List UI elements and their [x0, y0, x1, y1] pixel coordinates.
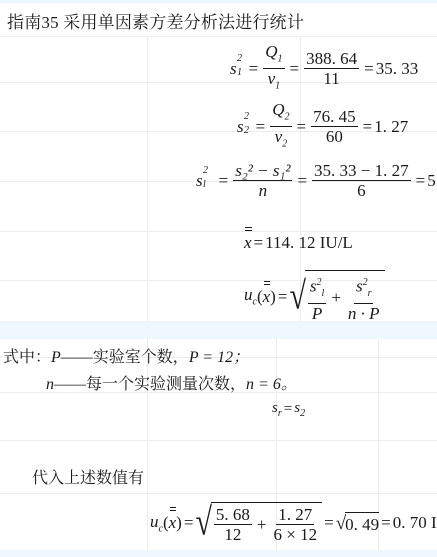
section-title: 指南35 采用单因素方差分析法进行统计	[7, 8, 304, 33]
fraction-values: 388. 64 11	[304, 49, 359, 88]
equation-s1: s21 = Q1 ν1 = 388. 64 11 = 35. 33	[230, 42, 418, 96]
equation-uc-formula: uc (x) = √ s2l P + s2r n · P	[244, 270, 385, 323]
ghost-line	[0, 231, 437, 232]
s1-result: 35. 33	[376, 59, 419, 79]
fraction-q1-v1: Q1 ν1	[263, 42, 284, 96]
bottom-band	[0, 550, 437, 557]
ghost-line	[0, 493, 437, 494]
equation-uc-result: uc (x) = √ 5. 68 12 + 1. 27 6 × 12 = √0.…	[150, 502, 437, 544]
equation-sr: sr = s2	[272, 400, 305, 419]
definition-p: 式中：P——实验室个数，P = 12；	[3, 344, 249, 367]
sl-result: 5. 6	[427, 171, 437, 191]
ghost-line	[0, 440, 437, 441]
divider-band	[0, 321, 437, 339]
definition-n: n——每一个实验测量次数，n = 6。	[46, 371, 297, 394]
xbar-result: 114. 12 IU/L	[265, 233, 353, 253]
equation-xbar: x = 114. 12 IU/L	[244, 233, 353, 253]
uc-result-value: 0. 70 IU/L	[393, 513, 437, 533]
ghost-line	[147, 36, 148, 321]
s1-symbol: s21	[230, 60, 237, 77]
equation-sl: s2l = s₂² − s₁² n = 35. 33 − 1. 27 6 = 5…	[196, 161, 437, 200]
substitution-label: 代入上述数值有	[32, 465, 144, 488]
ghost-line	[0, 36, 437, 37]
equation-s2: s22 = Q2 ν2 = 76. 45 60 = 1. 27	[237, 100, 408, 154]
s2-result: 1. 27	[374, 117, 408, 137]
top-band	[0, 0, 437, 3]
